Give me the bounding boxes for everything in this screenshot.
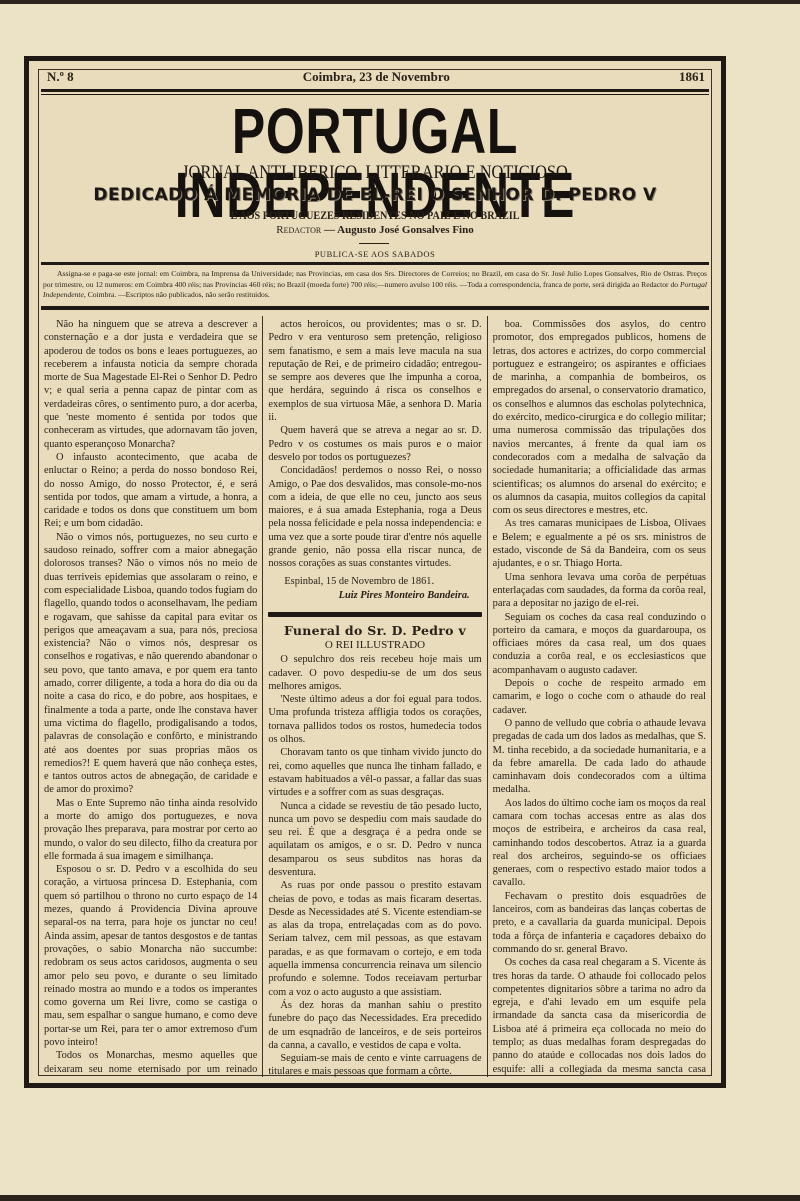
column-2: actos heroicos, ou providentes; mas o sr… (262, 316, 486, 1077)
residents-line: E AOS PORTUGUEZES RESIDENTES NO PAIZ E N… (81, 208, 669, 223)
article-separator-rule (268, 612, 481, 617)
header-rule (41, 89, 709, 92)
subscription-terms: Assigna-se e paga-se este jornal: em Coi… (43, 269, 707, 301)
paragraph: Ás dez horas da manhan sahiu o prestito … (268, 999, 481, 1052)
paragraph: Seguiam-se mais de cento e vinte carruag… (268, 1052, 481, 1077)
paragraph: O infausto acontecimento, que acaba de e… (44, 451, 257, 531)
article-heading: Funeral do Sr. D. Pedro v (268, 623, 481, 638)
terms-bottom-rule (41, 306, 709, 310)
paragraph: Fechavam o prestito dois esquadrões de l… (493, 890, 706, 956)
paragraph: Todos os Monarchas, mesmo aquelles que d… (44, 1049, 257, 1077)
paragraph: Uma senhora levava uma corôa de perpétua… (493, 571, 706, 611)
page-bottom-edge (0, 1195, 800, 1201)
paragraph: Choravam tanto os que tinham vivido junc… (268, 746, 481, 799)
paragraph: Nunca a cidade se revestiu de tão pesado… (268, 800, 481, 880)
paragraph: O panno de velludo que cobria o athaude … (493, 717, 706, 797)
column-3: boa. Commissões dos asylos, do centro pr… (487, 316, 711, 1077)
issue-number: N.º 8 (41, 69, 74, 85)
signature-author: Luiz Pires Monteiro Bandeira. (268, 589, 481, 602)
column-1: Não ha ninguem que se atreva a descrever… (39, 316, 262, 1077)
funeral-article-body: O sepulchro dos reis recebeu hoje mais u… (268, 653, 481, 1077)
publication-day: PUBLICA-SE AOS SABADOS (29, 249, 721, 259)
article-columns: Não ha ninguem que se atreva a descrever… (39, 316, 711, 1077)
paragraph: O sepulchro dos reis recebeu hoje mais u… (268, 653, 481, 693)
page-top-edge (0, 0, 800, 4)
issue-year: 1861 (679, 69, 709, 85)
paragraph: 'Neste último adeus a dor foi egual para… (268, 693, 481, 746)
article-subheading: O REI ILLUSTRADO (268, 638, 481, 652)
paragraph: Mas o Ente Supremo não tinha ainda resol… (44, 797, 257, 863)
masthead-subtitle: JORNAL ANTI-IBERICO, LITTERARIO E NOTICI… (77, 163, 672, 183)
paragraph: Não o vimos nós, portuguezes, no seu cur… (44, 531, 257, 797)
paragraph: As ruas por onde passou o prestito estav… (268, 879, 481, 999)
terms-top-rule (41, 262, 709, 265)
paragraph: Esposou o sr. D. Pedro v a escolhida do … (44, 863, 257, 1049)
paragraph: Depois o coche de respeito armado em cam… (493, 677, 706, 717)
paragraph: Não ha ninguem que se atreva a descrever… (44, 318, 257, 451)
ornament-rule (359, 243, 389, 244)
paragraph: Concidadãos! perdemos o nosso Rei, o nos… (268, 464, 481, 570)
paragraph: As tres camaras municipaes de Lisboa, Ol… (493, 517, 706, 570)
issue-line: N.º 8 Coimbra, 23 de Novembro 1861 (41, 68, 709, 86)
redactor-line: Redactor — Augusto José Gonsalves Fino (29, 224, 721, 236)
paragraph: actos heroicos, ou providentes; mas o sr… (268, 318, 481, 424)
dateline: Coimbra, 23 de Novembro (303, 69, 450, 85)
paragraph: Quem haverá que se atreva a negar ao sr.… (268, 424, 481, 464)
dedication-line: DEDICADO Á MEMORIA DE EL-REI O SENHOR D.… (29, 185, 721, 205)
paragraph: Seguiam os coches da casa real conduzind… (493, 611, 706, 677)
paragraph: boa. Commissões dos asylos, do centro pr… (493, 318, 706, 517)
newspaper-page-frame: N.º 8 Coimbra, 23 de Novembro 1861 PORTU… (24, 56, 726, 1088)
paragraph: Aos lados do último coche iam os moços d… (493, 797, 706, 890)
paragraph: Os coches da casa real chegaram a S. Vic… (493, 956, 706, 1077)
redactor-name: — Augusto José Gonsalves Fino (324, 224, 474, 236)
signature-place-date: Espinbal, 15 de Novembro de 1861. (268, 575, 481, 588)
redactor-label: Redactor (276, 224, 321, 236)
editorial-continuation: actos heroicos, ou providentes; mas o sr… (268, 318, 481, 571)
